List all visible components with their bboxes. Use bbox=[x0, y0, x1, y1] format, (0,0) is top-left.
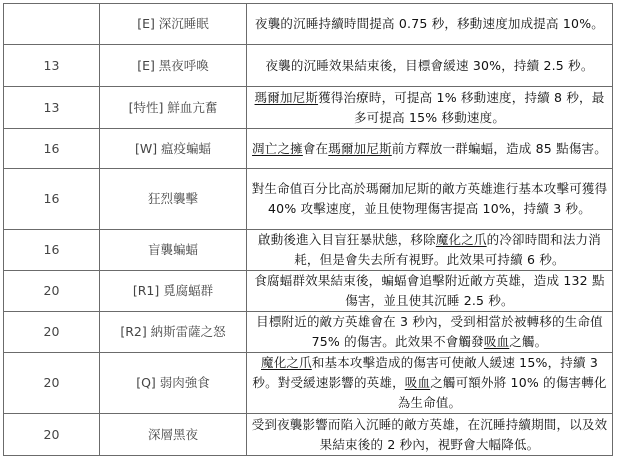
level-cell: 20 bbox=[4, 271, 100, 312]
linked-term: 吸血 bbox=[405, 375, 430, 390]
linked-term: 瑪爾加尼斯 bbox=[255, 90, 319, 105]
level-cell bbox=[4, 4, 100, 45]
talent-name-cell: [Q] 弱肉強食 bbox=[100, 353, 247, 414]
desc-text: 之觸。 bbox=[509, 334, 547, 349]
talent-name-cell: 盲襲蝙蝠 bbox=[100, 230, 247, 271]
linked-term: 魔化之爪 bbox=[261, 355, 312, 370]
table-row: [E] 深沉睡眠 夜襲的沉睡持續時間提高 0.75 秒，移動速度加成提高 10%… bbox=[4, 4, 613, 45]
talent-desc-cell: 夜襲的沉睡效果結束後，目標會緩速 30%，持續 2.5 秒。 bbox=[247, 45, 613, 87]
level-cell: 13 bbox=[4, 45, 100, 87]
desc-text: 獲得治療時，可提高 1% 移動速度，持續 8 秒，最多可提高 15% 移動速度。 bbox=[318, 90, 604, 125]
talent-desc-cell: 啟動後進入目盲狂暴狀態，移除魔化之爪的冷卻時間和法力消耗，但是會失去所有視野。此… bbox=[247, 230, 613, 271]
table-row: 16 狂烈襲擊 對生命值百分比高於瑪爾加尼斯的敵方英雄進行基本攻擊可獲得 40%… bbox=[4, 169, 613, 230]
talent-name-cell: [E] 深沉睡眠 bbox=[100, 4, 247, 45]
talent-desc-cell: 瑪爾加尼斯獲得治療時，可提高 1% 移動速度，持續 8 秒，最多可提高 15% … bbox=[247, 87, 613, 129]
linked-term: 凋亡之擁 bbox=[252, 141, 303, 156]
linked-term: 瑪爾加尼斯 bbox=[328, 141, 392, 156]
level-cell: 20 bbox=[4, 312, 100, 353]
table-row: 20 [Q] 弱肉強食 魔化之爪和基本攻擊造成的傷害可使敵人緩速 15%，持續 … bbox=[4, 353, 613, 414]
table-row: 16 盲襲蝙蝠 啟動後進入目盲狂暴狀態，移除魔化之爪的冷卻時間和法力消耗，但是會… bbox=[4, 230, 613, 271]
desc-text: 受到夜襲影響而陷入沉睡的敵方英雄，在沉睡持續期間，以及效果結束後的 2 秒內，視… bbox=[252, 417, 608, 452]
table-row: 20 [R1] 覓腐蝠群 食腐蝠群效果結束後，蝙蝠會追擊附近敵方英雄，造成 13… bbox=[4, 271, 613, 312]
desc-text: 之觸可額外將 10% 的傷害轉化為生命值。 bbox=[398, 375, 607, 410]
level-cell: 16 bbox=[4, 230, 100, 271]
desc-text: 食腐蝠群效果結束後，蝙蝠會追擊附近敵方英雄，造成 132 點傷害，並且使其沉睡 … bbox=[254, 273, 604, 308]
desc-text: 前方釋放一群蝙蝠，造成 85 點傷害。 bbox=[392, 141, 607, 156]
level-cell: 20 bbox=[4, 353, 100, 414]
desc-text: 目標附近的敵方英雄會在 3 秒內，受到相當於被轉移的生命值 75% 的傷害。此效… bbox=[256, 314, 603, 349]
talent-desc-cell: 夜襲的沉睡持續時間提高 0.75 秒，移動速度加成提高 10%。 bbox=[247, 4, 613, 45]
talent-desc-cell: 受到夜襲影響而陷入沉睡的敵方英雄，在沉睡持續期間，以及效果結束後的 2 秒內，視… bbox=[247, 414, 613, 456]
table-row: 13 [特性] 鮮血亢奮 瑪爾加尼斯獲得治療時，可提高 1% 移動速度，持續 8… bbox=[4, 87, 613, 129]
talent-name-cell: [R1] 覓腐蝠群 bbox=[100, 271, 247, 312]
talent-desc-cell: 對生命值百分比高於瑪爾加尼斯的敵方英雄進行基本攻擊可獲得 40% 攻擊速度，並且… bbox=[247, 169, 613, 230]
talent-name-cell: 狂烈襲擊 bbox=[100, 169, 247, 230]
talent-name-cell: 深層黑夜 bbox=[100, 414, 247, 456]
talent-table: [E] 深沉睡眠 夜襲的沉睡持續時間提高 0.75 秒，移動速度加成提高 10%… bbox=[3, 3, 613, 456]
talent-name-cell: [R2] 納斯雷薩之怒 bbox=[100, 312, 247, 353]
talent-desc-cell: 食腐蝠群效果結束後，蝙蝠會追擊附近敵方英雄，造成 132 點傷害，並且使其沉睡 … bbox=[247, 271, 613, 312]
desc-text: 啟動後進入目盲狂暴狀態，移除 bbox=[258, 232, 436, 247]
linked-term: 魔化之爪 bbox=[436, 232, 487, 247]
talent-name-cell: [E] 黑夜呼喚 bbox=[100, 45, 247, 87]
level-cell: 16 bbox=[4, 169, 100, 230]
talent-desc-cell: 魔化之爪和基本攻擊造成的傷害可使敵人緩速 15%，持續 3 秒。對受緩速影響的英… bbox=[247, 353, 613, 414]
desc-text: 夜襲的沉睡持續時間提高 0.75 秒，移動速度加成提高 10%。 bbox=[255, 16, 604, 31]
talent-desc-cell: 凋亡之擁會在瑪爾加尼斯前方釋放一群蝙蝠，造成 85 點傷害。 bbox=[247, 129, 613, 169]
talent-desc-cell: 目標附近的敵方英雄會在 3 秒內，受到相當於被轉移的生命值 75% 的傷害。此效… bbox=[247, 312, 613, 353]
table-row: 13 [E] 黑夜呼喚 夜襲的沉睡效果結束後，目標會緩速 30%，持續 2.5 … bbox=[4, 45, 613, 87]
desc-text: 夜襲的沉睡效果結束後，目標會緩速 30%，持續 2.5 秒。 bbox=[265, 58, 593, 73]
level-cell: 13 bbox=[4, 87, 100, 129]
talent-name-cell: [特性] 鮮血亢奮 bbox=[100, 87, 247, 129]
level-cell: 20 bbox=[4, 414, 100, 456]
desc-text: 會在 bbox=[303, 141, 328, 156]
desc-text: 對生命值百分比高於瑪爾加尼斯的敵方英雄進行基本攻擊可獲得 40% 攻擊速度，並且… bbox=[252, 181, 608, 216]
table-row: 20 深層黑夜 受到夜襲影響而陷入沉睡的敵方英雄，在沉睡持續期間，以及效果結束後… bbox=[4, 414, 613, 456]
linked-term: 吸血 bbox=[484, 334, 509, 349]
talent-name-cell: [W] 瘟疫蝙蝠 bbox=[100, 129, 247, 169]
table-row: 20 [R2] 納斯雷薩之怒 目標附近的敵方英雄會在 3 秒內，受到相當於被轉移… bbox=[4, 312, 613, 353]
level-cell: 16 bbox=[4, 129, 100, 169]
table-row: 16 [W] 瘟疫蝙蝠 凋亡之擁會在瑪爾加尼斯前方釋放一群蝙蝠，造成 85 點傷… bbox=[4, 129, 613, 169]
